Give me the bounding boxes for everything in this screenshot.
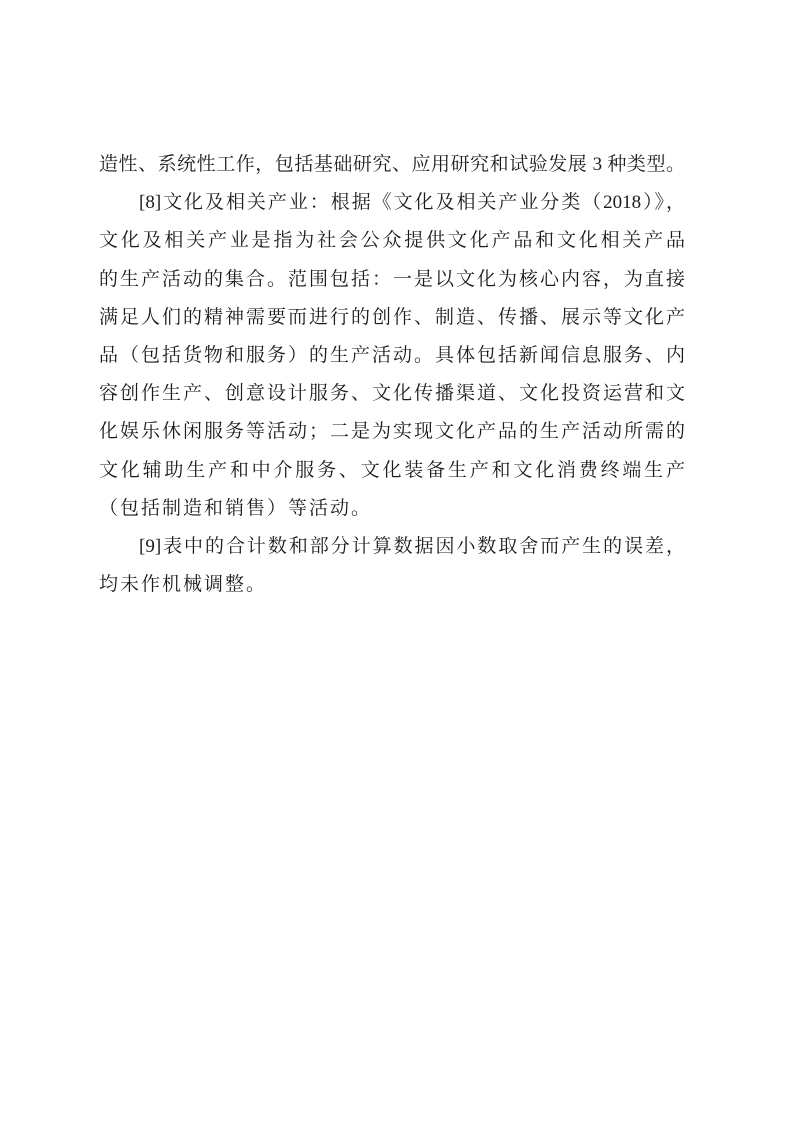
text-line: 满足人们的精神需要而进行的创作、制造、传播、展示等文化产 [99,299,685,337]
text-line: 品（包括货物和服务）的生产活动。具体包括新闻信息服务、内 [99,337,685,375]
document-page: 造性、系统性工作，包括基础研究、应用研究和试验发展 3 种类型。 [8]文化及相… [0,0,793,1122]
footnote-8-start-line: [8]文化及相关产业：根据《文化及相关产业分类（2018）》， [99,184,685,222]
text-line: 文化及相关产业是指为社会公众提供文化产品和文化相关产品 [99,222,685,260]
text-line: 化娱乐休闲服务等活动；二是为实现文化产品的生产活动所需的 [99,413,685,451]
text-line: 容创作生产、创意设计服务、文化传播渠道、文化投资运营和文 [99,375,685,413]
text-line: 造性、系统性工作，包括基础研究、应用研究和试验发展 3 种类型。 [99,146,685,184]
footnote-8-end-line: （包括制造和销售）等活动。 [99,490,685,528]
text-line: 的生产活动的集合。范围包括：一是以文化为核心内容，为直接 [99,261,685,299]
footnotes-text-block: 造性、系统性工作，包括基础研究、应用研究和试验发展 3 种类型。 [8]文化及相… [99,146,685,604]
footnote-9-start-line: [9]表中的合计数和部分计算数据因小数取舍而产生的误差， [99,528,685,566]
text-line: 文化辅助生产和中介服务、文化装备生产和文化消费终端生产 [99,452,685,490]
footnote-9-end-line: 均未作机械调整。 [99,566,685,604]
